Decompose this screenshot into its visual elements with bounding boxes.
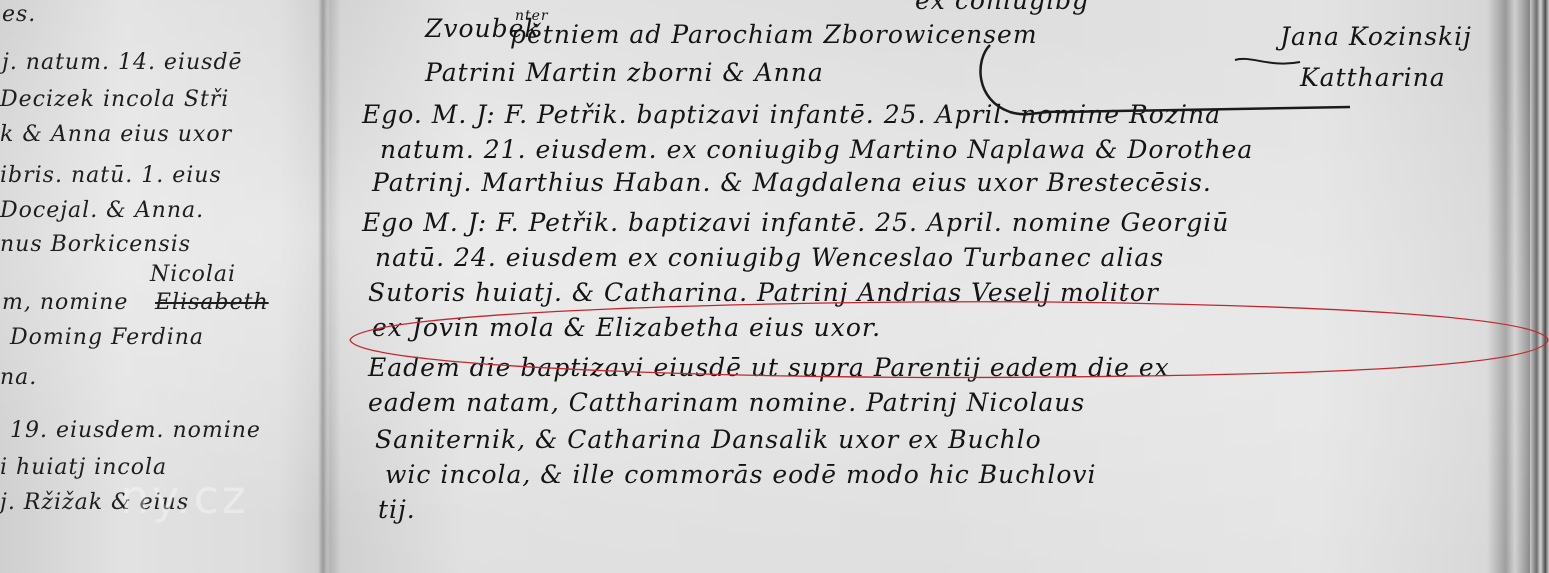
- record-line: Eadem die baptizavi eiusdē ut supra Pare…: [368, 353, 1170, 382]
- page-fold: [318, 0, 328, 573]
- record-line: Sutoris huiatj. & Catharina. Patrinj And…: [368, 278, 1159, 307]
- left-line: k & Anna eius uxor: [0, 122, 232, 147]
- record-line: pětniem ad Parochiam Zborowicensem: [510, 20, 1038, 49]
- record-line: natū. 24. eiusdem ex coniugibg Wenceslao…: [375, 243, 1164, 272]
- left-line: nus Borkicensis: [0, 232, 191, 257]
- record-line: Patrinj. Marthius Haban. & Magdalena eiu…: [372, 168, 1212, 197]
- record-line: Ego. M. J: F. Petřik. baptizavi infantē.…: [362, 100, 1221, 129]
- left-line: na.: [0, 365, 37, 390]
- record-line: ex coniugibg: [915, 0, 1089, 15]
- book-edge: [1530, 0, 1549, 573]
- record-line: eadem natam, Cattharinam nomine. Patrinj…: [368, 388, 1085, 417]
- record-line-highlighted: ex Jovin mola & Elizabetha eius uxor.: [372, 313, 881, 342]
- record-line: Patrini Martin zborni & Anna: [425, 58, 824, 87]
- left-line: Doming Ferdina: [10, 325, 204, 350]
- record-line: tij.: [378, 495, 416, 524]
- left-line: ibris. natū. 1. eius: [0, 163, 222, 188]
- left-line: es.: [2, 2, 36, 27]
- left-line: Docejal. & Anna.: [0, 198, 204, 223]
- record-line: Ego M. J: F. Petřik. baptizavi infantē. …: [362, 208, 1229, 237]
- record-line: natum. 21. eiusdem. ex coniugibg Martino…: [380, 135, 1253, 164]
- left-line-struck: Elisabeth: [155, 290, 269, 315]
- watermark: ny.cz: [120, 470, 249, 524]
- record-line: Jana Kozinskij: [1280, 22, 1472, 51]
- record-line: wic incola, & ille commorās eodē modo hi…: [385, 460, 1097, 489]
- left-line: 19. eiusdem. nomine: [10, 418, 261, 443]
- left-line: Decizek incola Stři: [0, 87, 229, 112]
- left-line: j. natum. 14. eiusdē: [2, 50, 243, 75]
- left-line: Nicolai: [150, 262, 236, 287]
- left-line: m, nomine: [2, 290, 128, 315]
- record-line: Saniternik, & Catharina Dansalik uxor ex…: [375, 425, 1042, 454]
- record-line: Kattharina: [1300, 63, 1446, 92]
